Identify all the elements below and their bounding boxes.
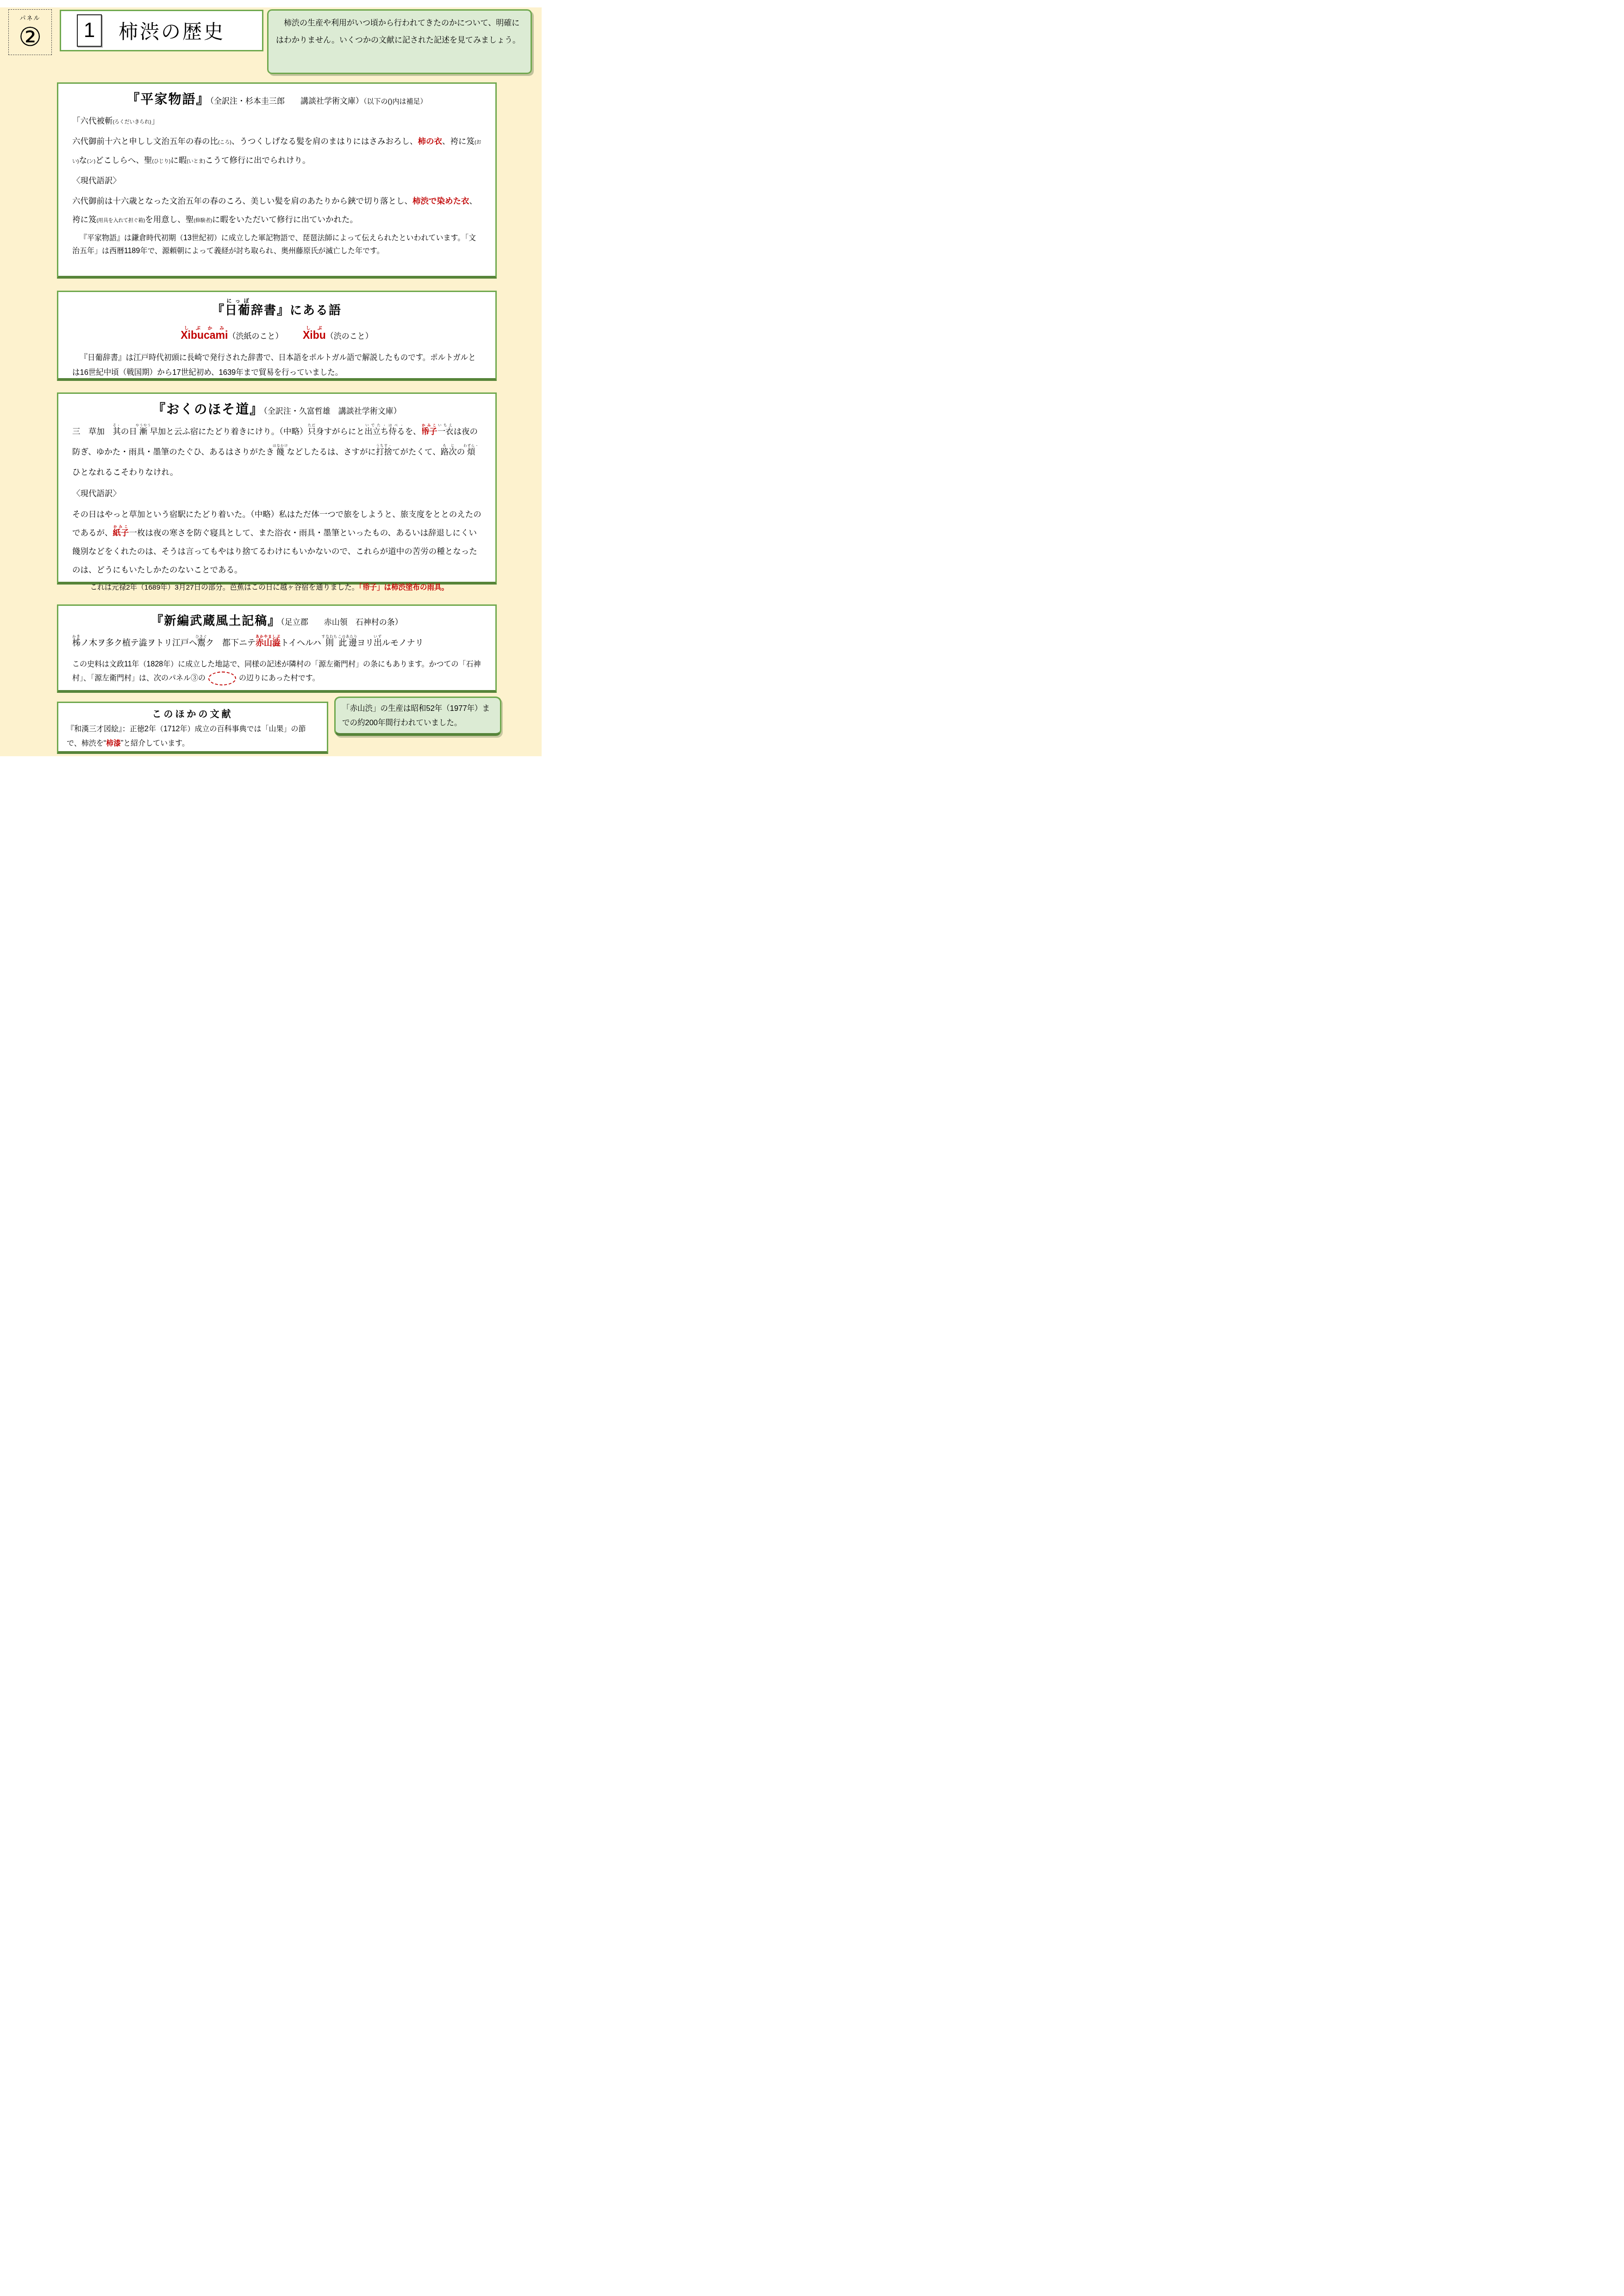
nippo-title: 『日葡にっぽ辞書』にある語: [72, 299, 481, 320]
okuno-title-sub: （全訳注・久富哲雄 講談社学術文庫）: [263, 407, 401, 416]
heike-title-note: （以下の()内は補足）: [363, 98, 427, 106]
intro-box: 柿渋の生産や利用がいつ頃から行われてきたのかについて、明確にはわかりません。いく…: [267, 9, 532, 74]
red-dashed-circle: [208, 672, 236, 685]
other-documents-title: このほかの文献: [67, 707, 319, 720]
fudoki-note: この史料は文政11年（1828年）に成立した地誌で、同様の記述が隣村の「源左衛門…: [72, 658, 481, 686]
section-nippo-jisho: 『日葡にっぽ辞書』にある語 Xibucamiしぶかみ（渋紙のこと） Xibuしぶ…: [57, 291, 497, 381]
okuno-translation-text: その日はやっと草加という宿駅にたどり着いた。（中略）私はただ体一つで旅をしようと…: [72, 505, 481, 579]
heike-title-sub: （全訳注・杉本圭三郎 講談社学術文庫）: [210, 97, 364, 106]
fudoki-original-text: 柹かきノ木ヲ多ク植テ澁ヲトリ江戸ヘ鬻ひさぐク 都下ニテ赤山澁あかやましぶトイヘル…: [72, 632, 481, 654]
heike-gendai-label: 〈現代語訳〉: [72, 171, 481, 190]
section-okuno-hosomichi: 『おくのほそ道』（全訳注・久富哲雄 講談社学術文庫） 三 草加 其そ・の日漸やう…: [57, 392, 497, 585]
heike-translation-text: 六代御前は十六歳となった文治五年の春のころ、美しい髪を肩のあたりから鋏で切り落と…: [72, 192, 481, 229]
okuno-title: 『おくのほそ道』（全訳注・久富哲雄 講談社学術文庫）: [72, 399, 481, 418]
okuno-original-text: 三 草加 其そ・の日漸やうやう早加と云ふ宿にたどり着きにけり。（中略）只ただ身す…: [72, 422, 481, 482]
fudoki-title-sub: （足立郡 赤山領 石神村の条）: [281, 618, 403, 627]
section-musashi-fudoki: 『新編武蔵風土記稿』（足立郡 赤山領 石神村の条） 柹かきノ木ヲ多ク植テ澁ヲトリ…: [57, 604, 497, 693]
okuno-title-main: 『おくのほそ道』: [152, 402, 263, 417]
section-number: 1: [84, 19, 95, 42]
panel-number: ②: [19, 23, 42, 51]
page-title: 柿渋の歴史: [119, 17, 225, 44]
okuno-note: これは元禄2年（1689年）3月27日の部分。芭蕉はこの日に越ヶ谷宿を通りました…: [72, 581, 481, 594]
panel-caption: パネル: [19, 13, 40, 22]
exhibit-panel-page: パネル ② 1 柿渋の歴史 柿渋の生産や利用がいつ頃から行われてきたのかについて…: [0, 0, 542, 765]
heike-title-main: 『平家物語』: [126, 92, 210, 106]
title-box: 1 柿渋の歴史: [60, 10, 263, 51]
heike-chapter-line: 「六代被斬(ろくだいきられ)」: [72, 112, 481, 130]
intro-text: 柿渋の生産や利用がいつ頃から行われてきたのかについて、明確にはわかりません。いく…: [276, 15, 523, 49]
fudoki-title: 『新編武蔵風土記稿』（足立郡 赤山領 石神村の条）: [72, 611, 481, 628]
panel-number-label: パネル ②: [8, 9, 52, 55]
heike-original-text: 六代御前十六と申しし文治五年の春の比(ころ)、うつくしげなる髪を肩のまはりにはさ…: [72, 132, 481, 169]
fudoki-title-main: 『新編武蔵風土記稿』: [151, 614, 281, 628]
heike-title: 『平家物語』（全訳注・杉本圭三郎 講談社学術文庫）（以下の()内は補足）: [72, 89, 481, 108]
section-heike-monogatari: 『平家物語』（全訳注・杉本圭三郎 講談社学術文庫）（以下の()内は補足） 「六代…: [57, 82, 497, 279]
okuno-gendai-label: 〈現代語訳〉: [72, 484, 481, 503]
heike-note: 『平家物語』は鎌倉時代初期（13世紀初）に成立した軍記物語で、琵琶法師によって伝…: [72, 232, 481, 259]
other-documents-box: このほかの文献 『和漢三才図絵』：正徳2年（1712年）成立の百科事典では「山果…: [57, 702, 328, 754]
akayama-shibu-text: 「赤山渋」の生産は昭和52年（1977年）までの約200年間行われていました。: [342, 702, 493, 731]
nippo-note: 『日葡辞書』は江戸時代初頭に長崎で発行された辞書で、日本語をポルトガル語で解説し…: [72, 351, 481, 380]
section-number-box: 1: [77, 14, 102, 47]
akayama-shibu-note-box: 「赤山渋」の生産は昭和52年（1977年）までの約200年間行われていました。: [334, 697, 501, 736]
other-documents-text: 『和漢三才図絵』：正徳2年（1712年）成立の百科事典では「山果」の節で、柿渋を…: [67, 722, 319, 751]
nippo-word-entries: Xibucamiしぶかみ（渋紙のこと） Xibuしぶ（渋のこと）: [72, 324, 481, 346]
